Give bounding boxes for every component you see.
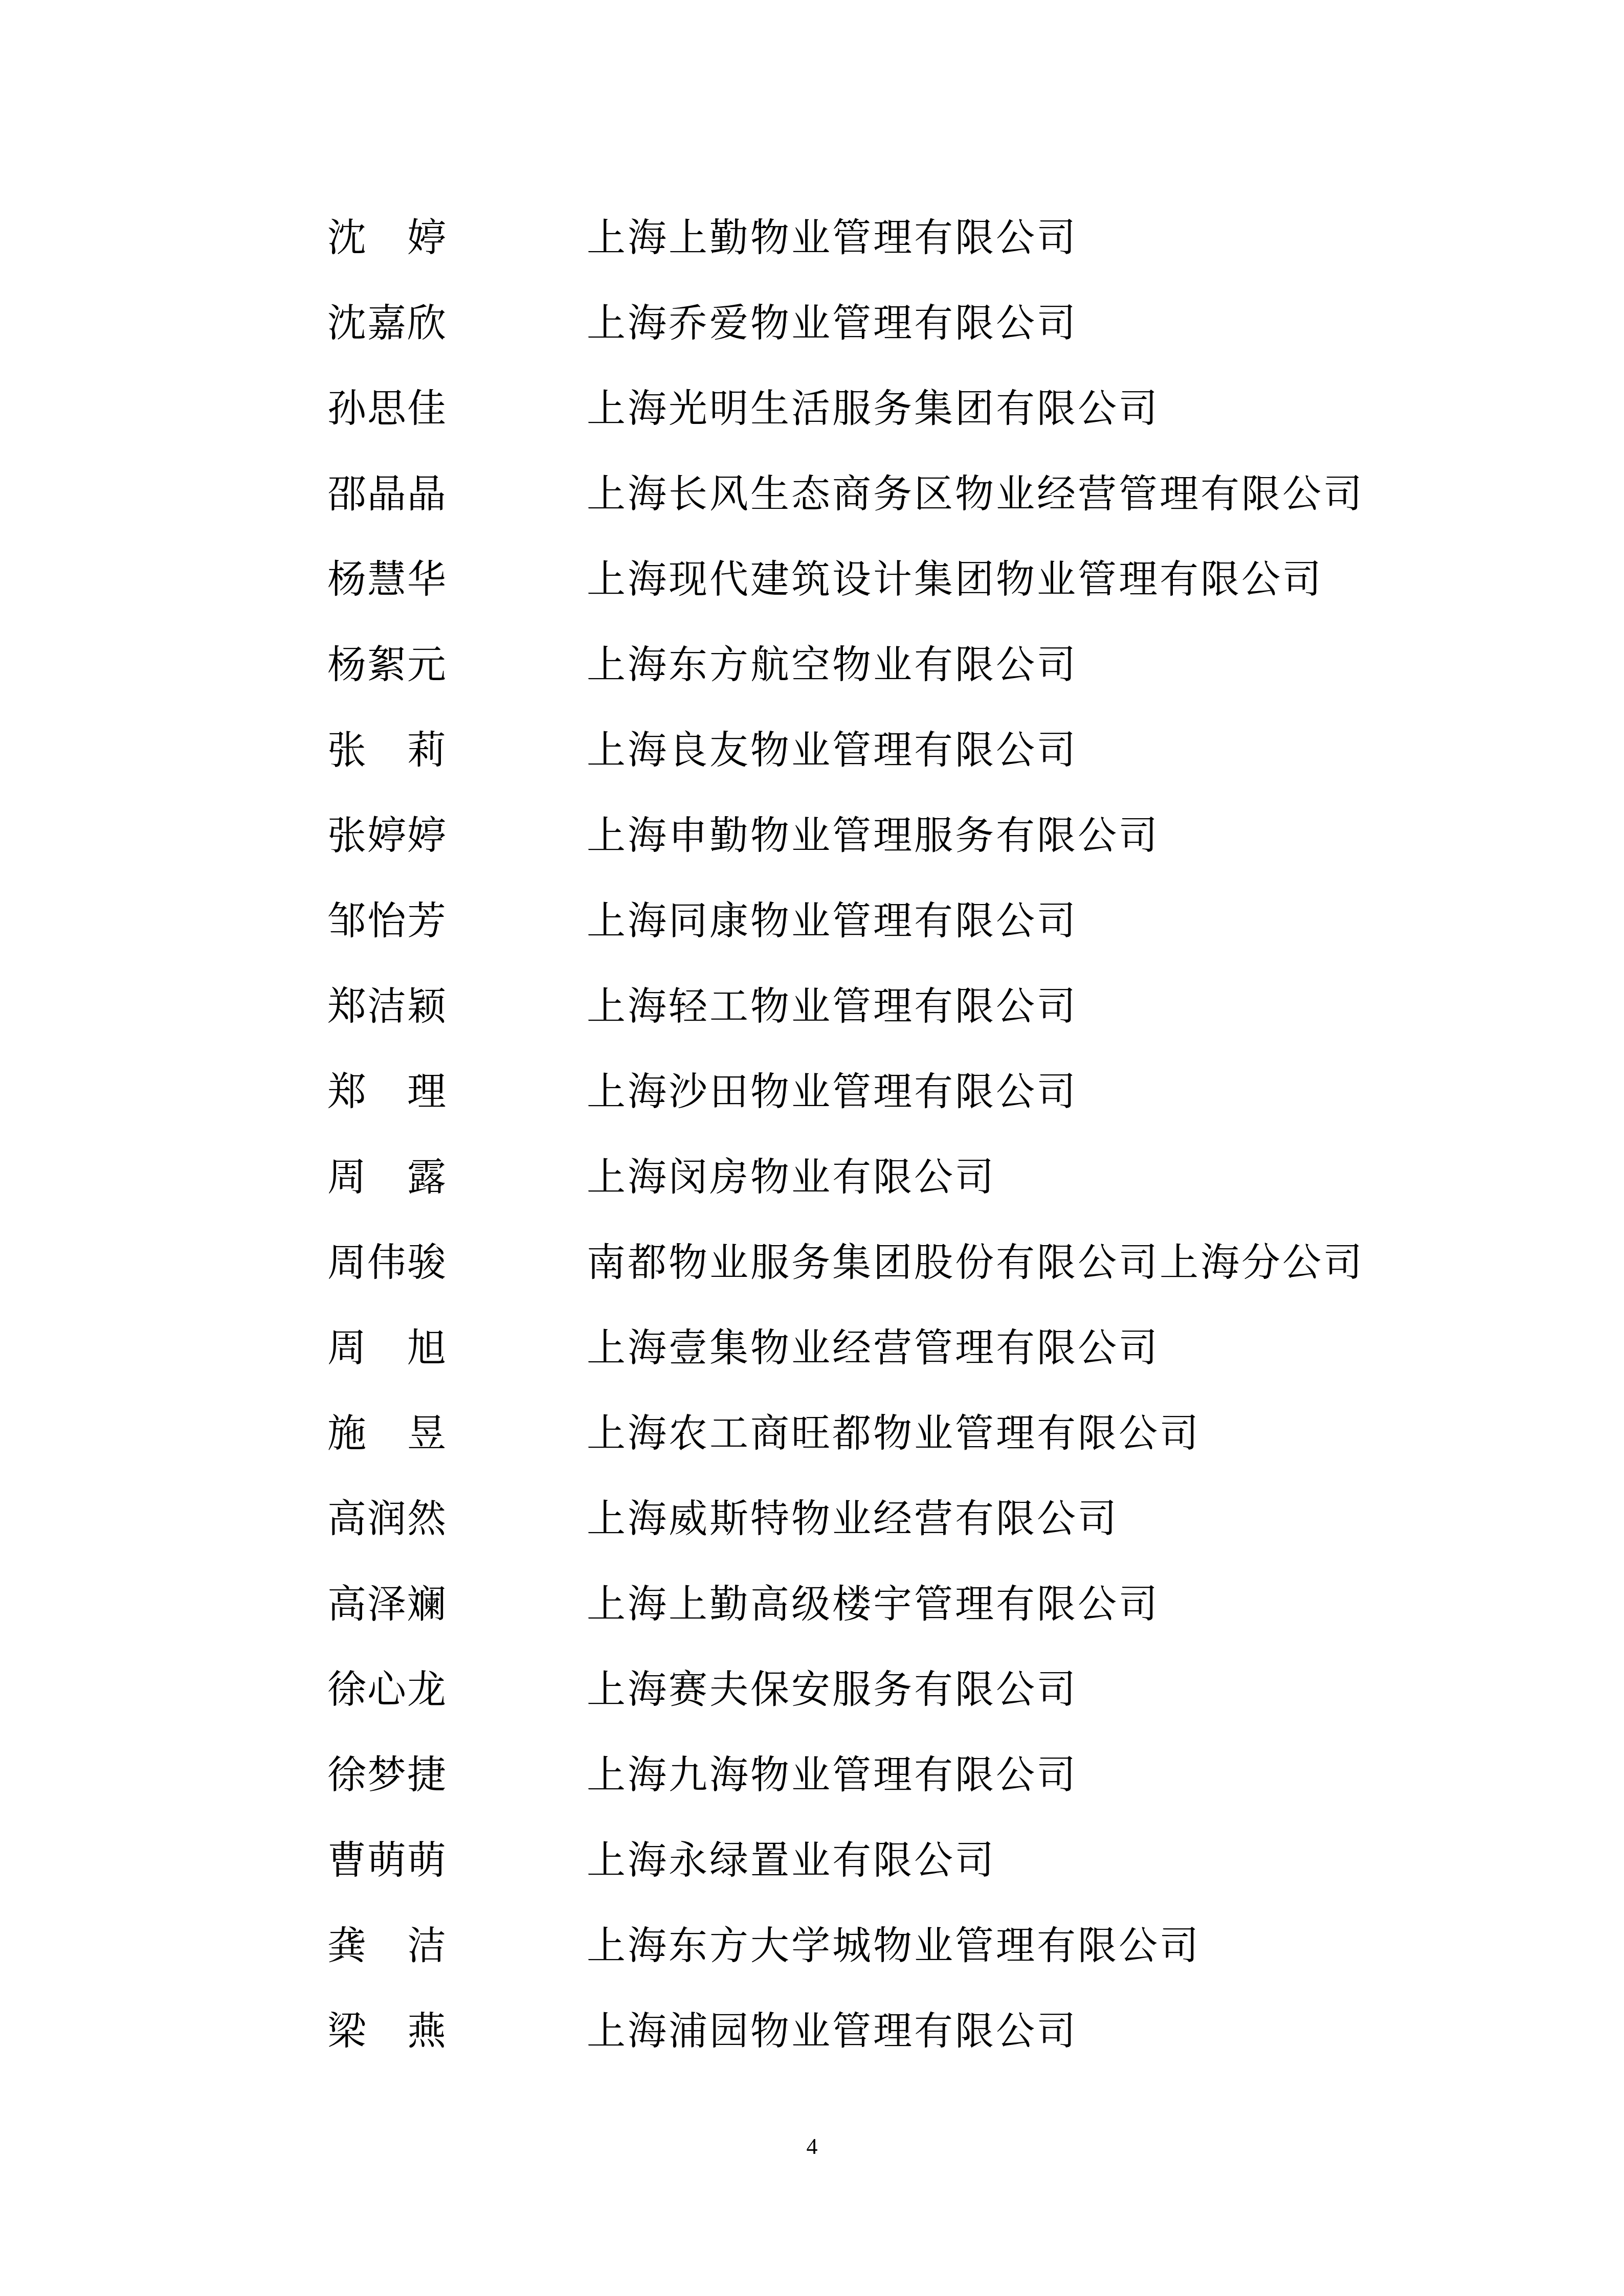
person-name: 高润然 <box>327 1496 455 1542</box>
company-name: 上海威斯特物业经营有限公司 <box>587 1496 1119 1542</box>
person-name: 邵晶晶 <box>327 471 455 517</box>
list-item: 沈 婷 上海上勤物业管理有限公司 <box>327 215 1555 300</box>
person-name: 孙思佳 <box>327 386 455 432</box>
company-name: 上海乔爱物业管理有限公司 <box>587 300 1078 346</box>
company-name: 上海同康物业管理有限公司 <box>587 898 1078 944</box>
person-name: 周伟骏 <box>327 1240 455 1286</box>
company-name: 上海闵房物业有限公司 <box>587 1154 996 1200</box>
list-item: 徐梦捷 上海九海物业管理有限公司 <box>327 1752 1555 1837</box>
person-name: 沈 婷 <box>327 215 455 261</box>
list-item: 周伟骏 南都物业服务集团股份有限公司上海分公司 <box>327 1240 1555 1325</box>
person-name: 周 露 <box>327 1154 455 1200</box>
list-item: 杨絮元 上海东方航空物业有限公司 <box>327 642 1555 727</box>
list-item: 曹萌萌 上海永绿置业有限公司 <box>327 1837 1555 1923</box>
list-item: 周 旭 上海壹集物业经营管理有限公司 <box>327 1325 1555 1410</box>
person-name: 梁 燕 <box>327 2008 455 2054</box>
document-page: 沈 婷 上海上勤物业管理有限公司 沈嘉欣 上海乔爱物业管理有限公司 孙思佳 上海… <box>0 0 1624 2296</box>
person-name: 高泽斓 <box>327 1581 455 1627</box>
person-name: 郑洁颖 <box>327 983 455 1029</box>
page-number: 4 <box>0 2131 1624 2162</box>
company-name: 上海东方大学城物业管理有限公司 <box>587 1923 1200 1969</box>
list-item: 孙思佳 上海光明生活服务集团有限公司 <box>327 386 1555 471</box>
company-name: 上海壹集物业经营管理有限公司 <box>587 1325 1160 1371</box>
list-item: 邵晶晶 上海长风生态商务区物业经营管理有限公司 <box>327 471 1555 556</box>
person-name: 张婷婷 <box>327 813 455 859</box>
list-item: 张 莉 上海良友物业管理有限公司 <box>327 727 1555 813</box>
list-item: 龚 洁 上海东方大学城物业管理有限公司 <box>327 1923 1555 2008</box>
company-name: 上海上勤物业管理有限公司 <box>587 215 1078 261</box>
name-company-list: 沈 婷 上海上勤物业管理有限公司 沈嘉欣 上海乔爱物业管理有限公司 孙思佳 上海… <box>327 215 1555 2094</box>
list-item: 梁 燕 上海浦园物业管理有限公司 <box>327 2008 1555 2094</box>
company-name: 上海申勤物业管理服务有限公司 <box>587 813 1160 859</box>
company-name: 上海永绿置业有限公司 <box>587 1837 996 1883</box>
person-name: 施 昱 <box>327 1410 455 1456</box>
person-name: 邹怡芳 <box>327 898 455 944</box>
list-item: 徐心龙 上海赛夫保安服务有限公司 <box>327 1667 1555 1752</box>
company-name: 上海浦园物业管理有限公司 <box>587 2008 1078 2054</box>
company-name: 上海农工商旺都物业管理有限公司 <box>587 1410 1200 1456</box>
list-item: 郑洁颖 上海轻工物业管理有限公司 <box>327 983 1555 1069</box>
person-name: 杨絮元 <box>327 642 455 688</box>
company-name: 上海现代建筑设计集团物业管理有限公司 <box>587 556 1323 602</box>
list-item: 杨慧华 上海现代建筑设计集团物业管理有限公司 <box>327 556 1555 642</box>
company-name: 上海轻工物业管理有限公司 <box>587 983 1078 1029</box>
company-name: 上海良友物业管理有限公司 <box>587 727 1078 773</box>
person-name: 郑 理 <box>327 1069 455 1115</box>
list-item: 邹怡芳 上海同康物业管理有限公司 <box>327 898 1555 983</box>
company-name: 上海上勤高级楼宇管理有限公司 <box>587 1581 1160 1627</box>
list-item: 张婷婷 上海申勤物业管理服务有限公司 <box>327 813 1555 898</box>
list-item: 高润然 上海威斯特物业经营有限公司 <box>327 1496 1555 1581</box>
company-name: 上海赛夫保安服务有限公司 <box>587 1667 1078 1713</box>
company-name: 南都物业服务集团股份有限公司上海分公司 <box>587 1240 1364 1286</box>
person-name: 周 旭 <box>327 1325 455 1371</box>
list-item: 沈嘉欣 上海乔爱物业管理有限公司 <box>327 300 1555 386</box>
company-name: 上海东方航空物业有限公司 <box>587 642 1078 688</box>
company-name: 上海长风生态商务区物业经营管理有限公司 <box>587 471 1364 517</box>
person-name: 徐梦捷 <box>327 1752 455 1798</box>
company-name: 上海九海物业管理有限公司 <box>587 1752 1078 1798</box>
person-name: 龚 洁 <box>327 1923 455 1969</box>
list-item: 施 昱 上海农工商旺都物业管理有限公司 <box>327 1410 1555 1496</box>
list-item: 郑 理 上海沙田物业管理有限公司 <box>327 1069 1555 1154</box>
company-name: 上海光明生活服务集团有限公司 <box>587 386 1160 432</box>
list-item: 周 露 上海闵房物业有限公司 <box>327 1154 1555 1240</box>
person-name: 杨慧华 <box>327 556 455 602</box>
list-item: 高泽斓 上海上勤高级楼宇管理有限公司 <box>327 1581 1555 1667</box>
person-name: 曹萌萌 <box>327 1837 455 1883</box>
person-name: 徐心龙 <box>327 1667 455 1713</box>
person-name: 沈嘉欣 <box>327 300 455 346</box>
person-name: 张 莉 <box>327 727 455 773</box>
company-name: 上海沙田物业管理有限公司 <box>587 1069 1078 1115</box>
